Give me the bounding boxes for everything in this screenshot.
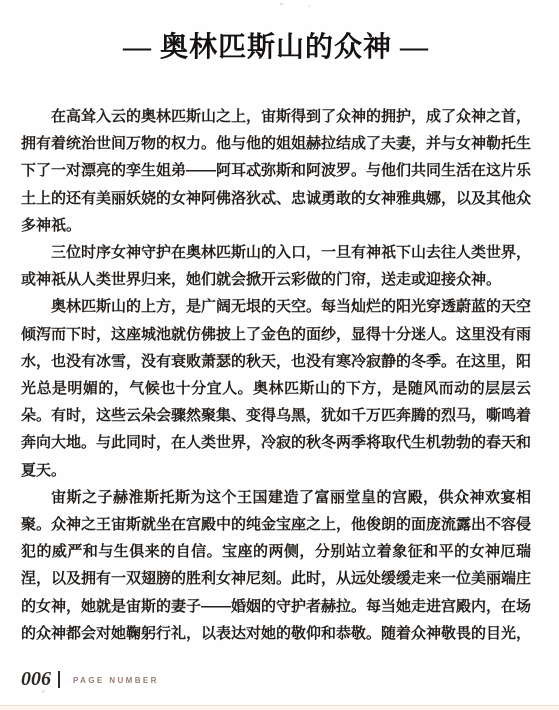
page-number: 006 bbox=[21, 668, 51, 690]
footer-divider bbox=[58, 671, 60, 688]
paragraph-4: 宙斯之子赫淮斯托斯为这个王国建造了富丽堂皇的宫殿，供众神欢宴相聚。众神之王宙斯就… bbox=[21, 484, 531, 647]
paragraph-1: 在高耸入云的奥林匹斯山之上，宙斯得到了众神的拥护，成了众神之首，拥有着统治世间万… bbox=[21, 103, 531, 239]
page-footer: 006 PAGE NUMBER bbox=[21, 668, 159, 690]
scan-speck bbox=[42, 690, 45, 693]
body-text-block: 在高耸入云的奥林匹斯山之上，宙斯得到了众神的拥护，成了众神之首，拥有着统治世间万… bbox=[21, 103, 531, 647]
scan-speck bbox=[280, 3, 283, 5]
paragraph-2: 三位时序女神守护在奥林匹斯山的入口，一旦有神祇下山去往人类世界，或神祇从人类世界… bbox=[21, 239, 531, 293]
scan-speck bbox=[308, 5, 310, 7]
page-bottom-edge bbox=[0, 705, 559, 710]
paragraph-3: 奥林匹斯山的上方，是广阔无垠的天空。每当灿烂的阳光穿透蔚蓝的天空倾泻而下时，这座… bbox=[21, 293, 531, 483]
book-page: — 奥林匹斯山的众神 — 在高耸入云的奥林匹斯山之上，宙斯得到了众神的拥护，成了… bbox=[0, 0, 559, 710]
chapter-title: — 奥林匹斯山的众神 — bbox=[21, 29, 531, 67]
page-number-label: PAGE NUMBER bbox=[73, 674, 159, 685]
